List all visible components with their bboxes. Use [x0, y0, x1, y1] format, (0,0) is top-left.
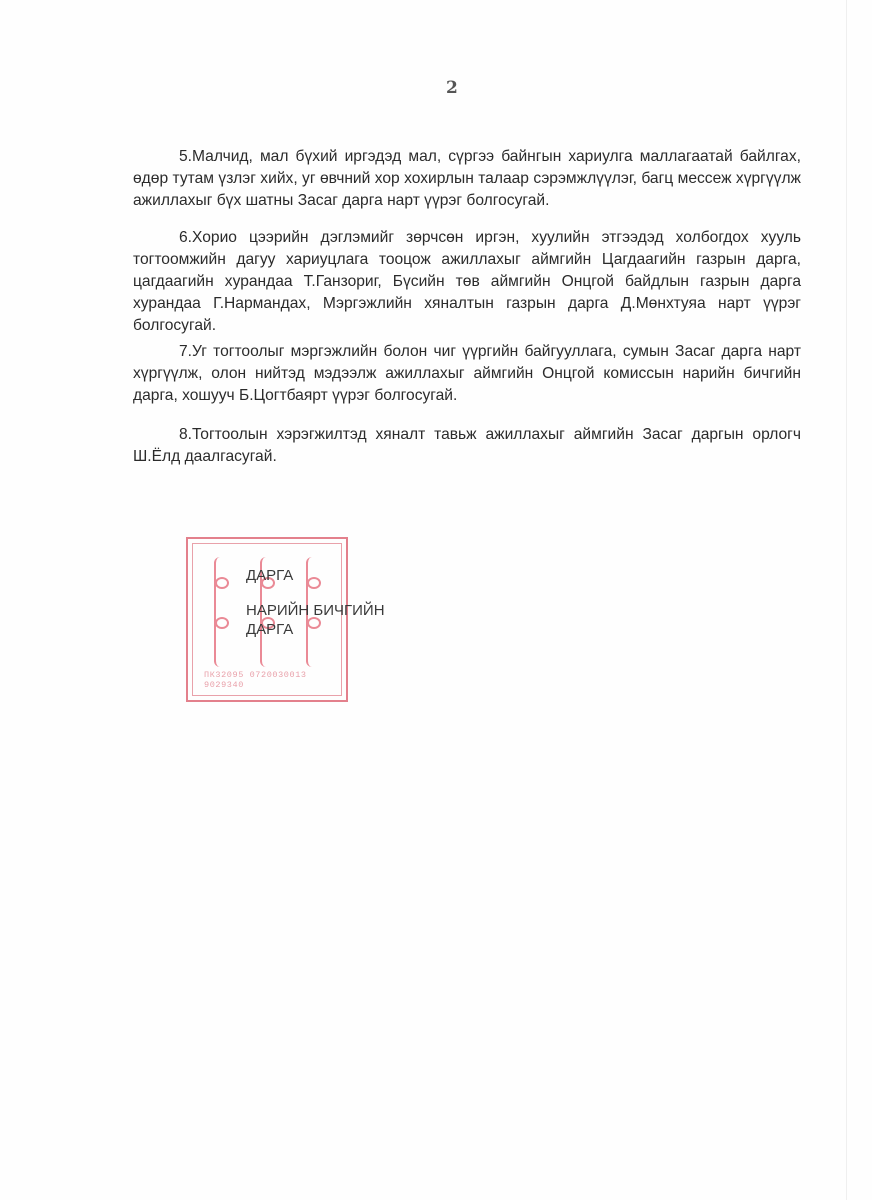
paragraph-8: 8.Тогтоолын хэрэгжилтэд хяналт тавьж ажи… [133, 424, 801, 468]
stamp-registration-code: ПК32095 0720030013 9029340 [204, 670, 346, 690]
mongolian-script-column-icon [214, 557, 230, 667]
scan-edge-divider [846, 0, 847, 1200]
page-number: 2 [446, 78, 458, 98]
signatory-title-secretary-line1: НАРИЙН БИЧГИЙН [246, 601, 385, 620]
signatory-title-chairman: ДАРГА [246, 566, 385, 585]
signature-block: ДАРГА НАРИЙН БИЧГИЙН ДАРГА [246, 566, 385, 639]
document-page: 2 5.Малчид, мал бүхий иргэдэд мал, сүргэ… [0, 0, 872, 1200]
signatory-title-secretary-line2: ДАРГА [246, 620, 385, 639]
paragraph-7: 7.Уг тогтоолыг мэргэжлийн болон чиг үүрг… [133, 341, 801, 407]
paragraph-5: 5.Малчид, мал бүхий иргэдэд мал, сүргээ … [133, 146, 801, 212]
paragraph-6: 6.Хорио цээрийн дэглэмийг зөрчсөн иргэн,… [133, 227, 801, 337]
